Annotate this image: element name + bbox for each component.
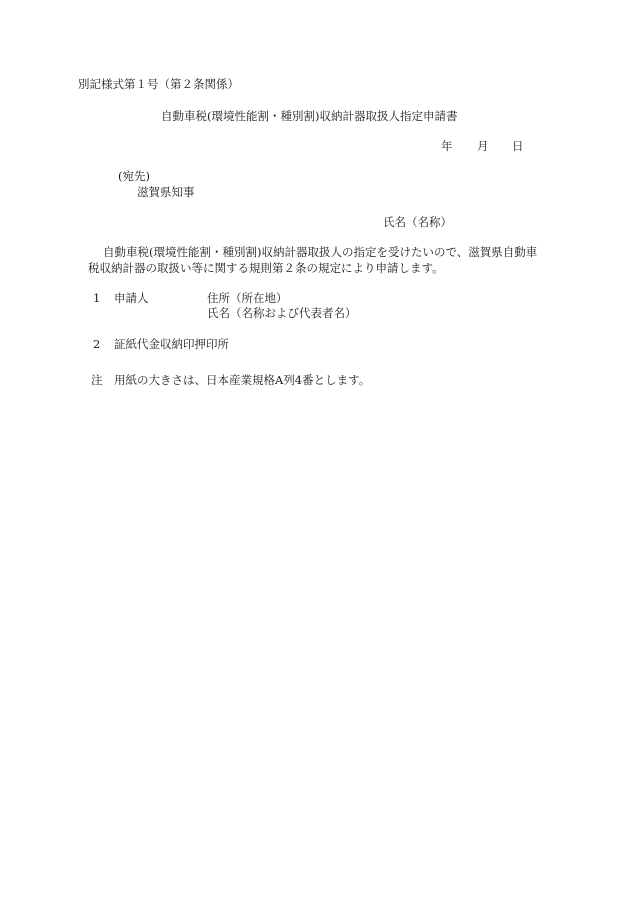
body-text-line-1: 自動車税(環境性能割・種別割)収納計器取扱人の指定を受けたいので、滋賀県自動車 — [103, 247, 537, 259]
form-title: 自動車税(環境性能割・種別割)収納計器取扱人指定申請書 — [161, 111, 457, 123]
address-field-label: 住所（所在地） — [207, 293, 288, 305]
addressee: 滋賀県知事 — [137, 187, 195, 199]
name-field-label: 氏名（名称および代表者名） — [207, 308, 357, 320]
item-label: 申請人 — [114, 293, 149, 305]
note-text: 用紙の大きさは、日本産業規格A列4番とします。 — [114, 375, 370, 387]
form-number: 別記様式第１号（第２条関係） — [78, 79, 239, 91]
item-number: 2 — [93, 339, 100, 351]
date-month: 月 — [477, 141, 489, 153]
addressee-label: (宛先) — [118, 171, 150, 183]
note-label: 注 — [91, 375, 103, 387]
date-year: 年 — [441, 141, 453, 153]
date-day: 日 — [512, 141, 524, 153]
item-number: 1 — [93, 293, 100, 305]
applicant-name-label: 氏名（名称） — [383, 217, 452, 229]
item-label: 証紙代金収納印押印所 — [114, 339, 229, 351]
body-text-line-2: 税収納計器の取扱い等に関する規則第２条の規定により申請します。 — [88, 263, 444, 275]
